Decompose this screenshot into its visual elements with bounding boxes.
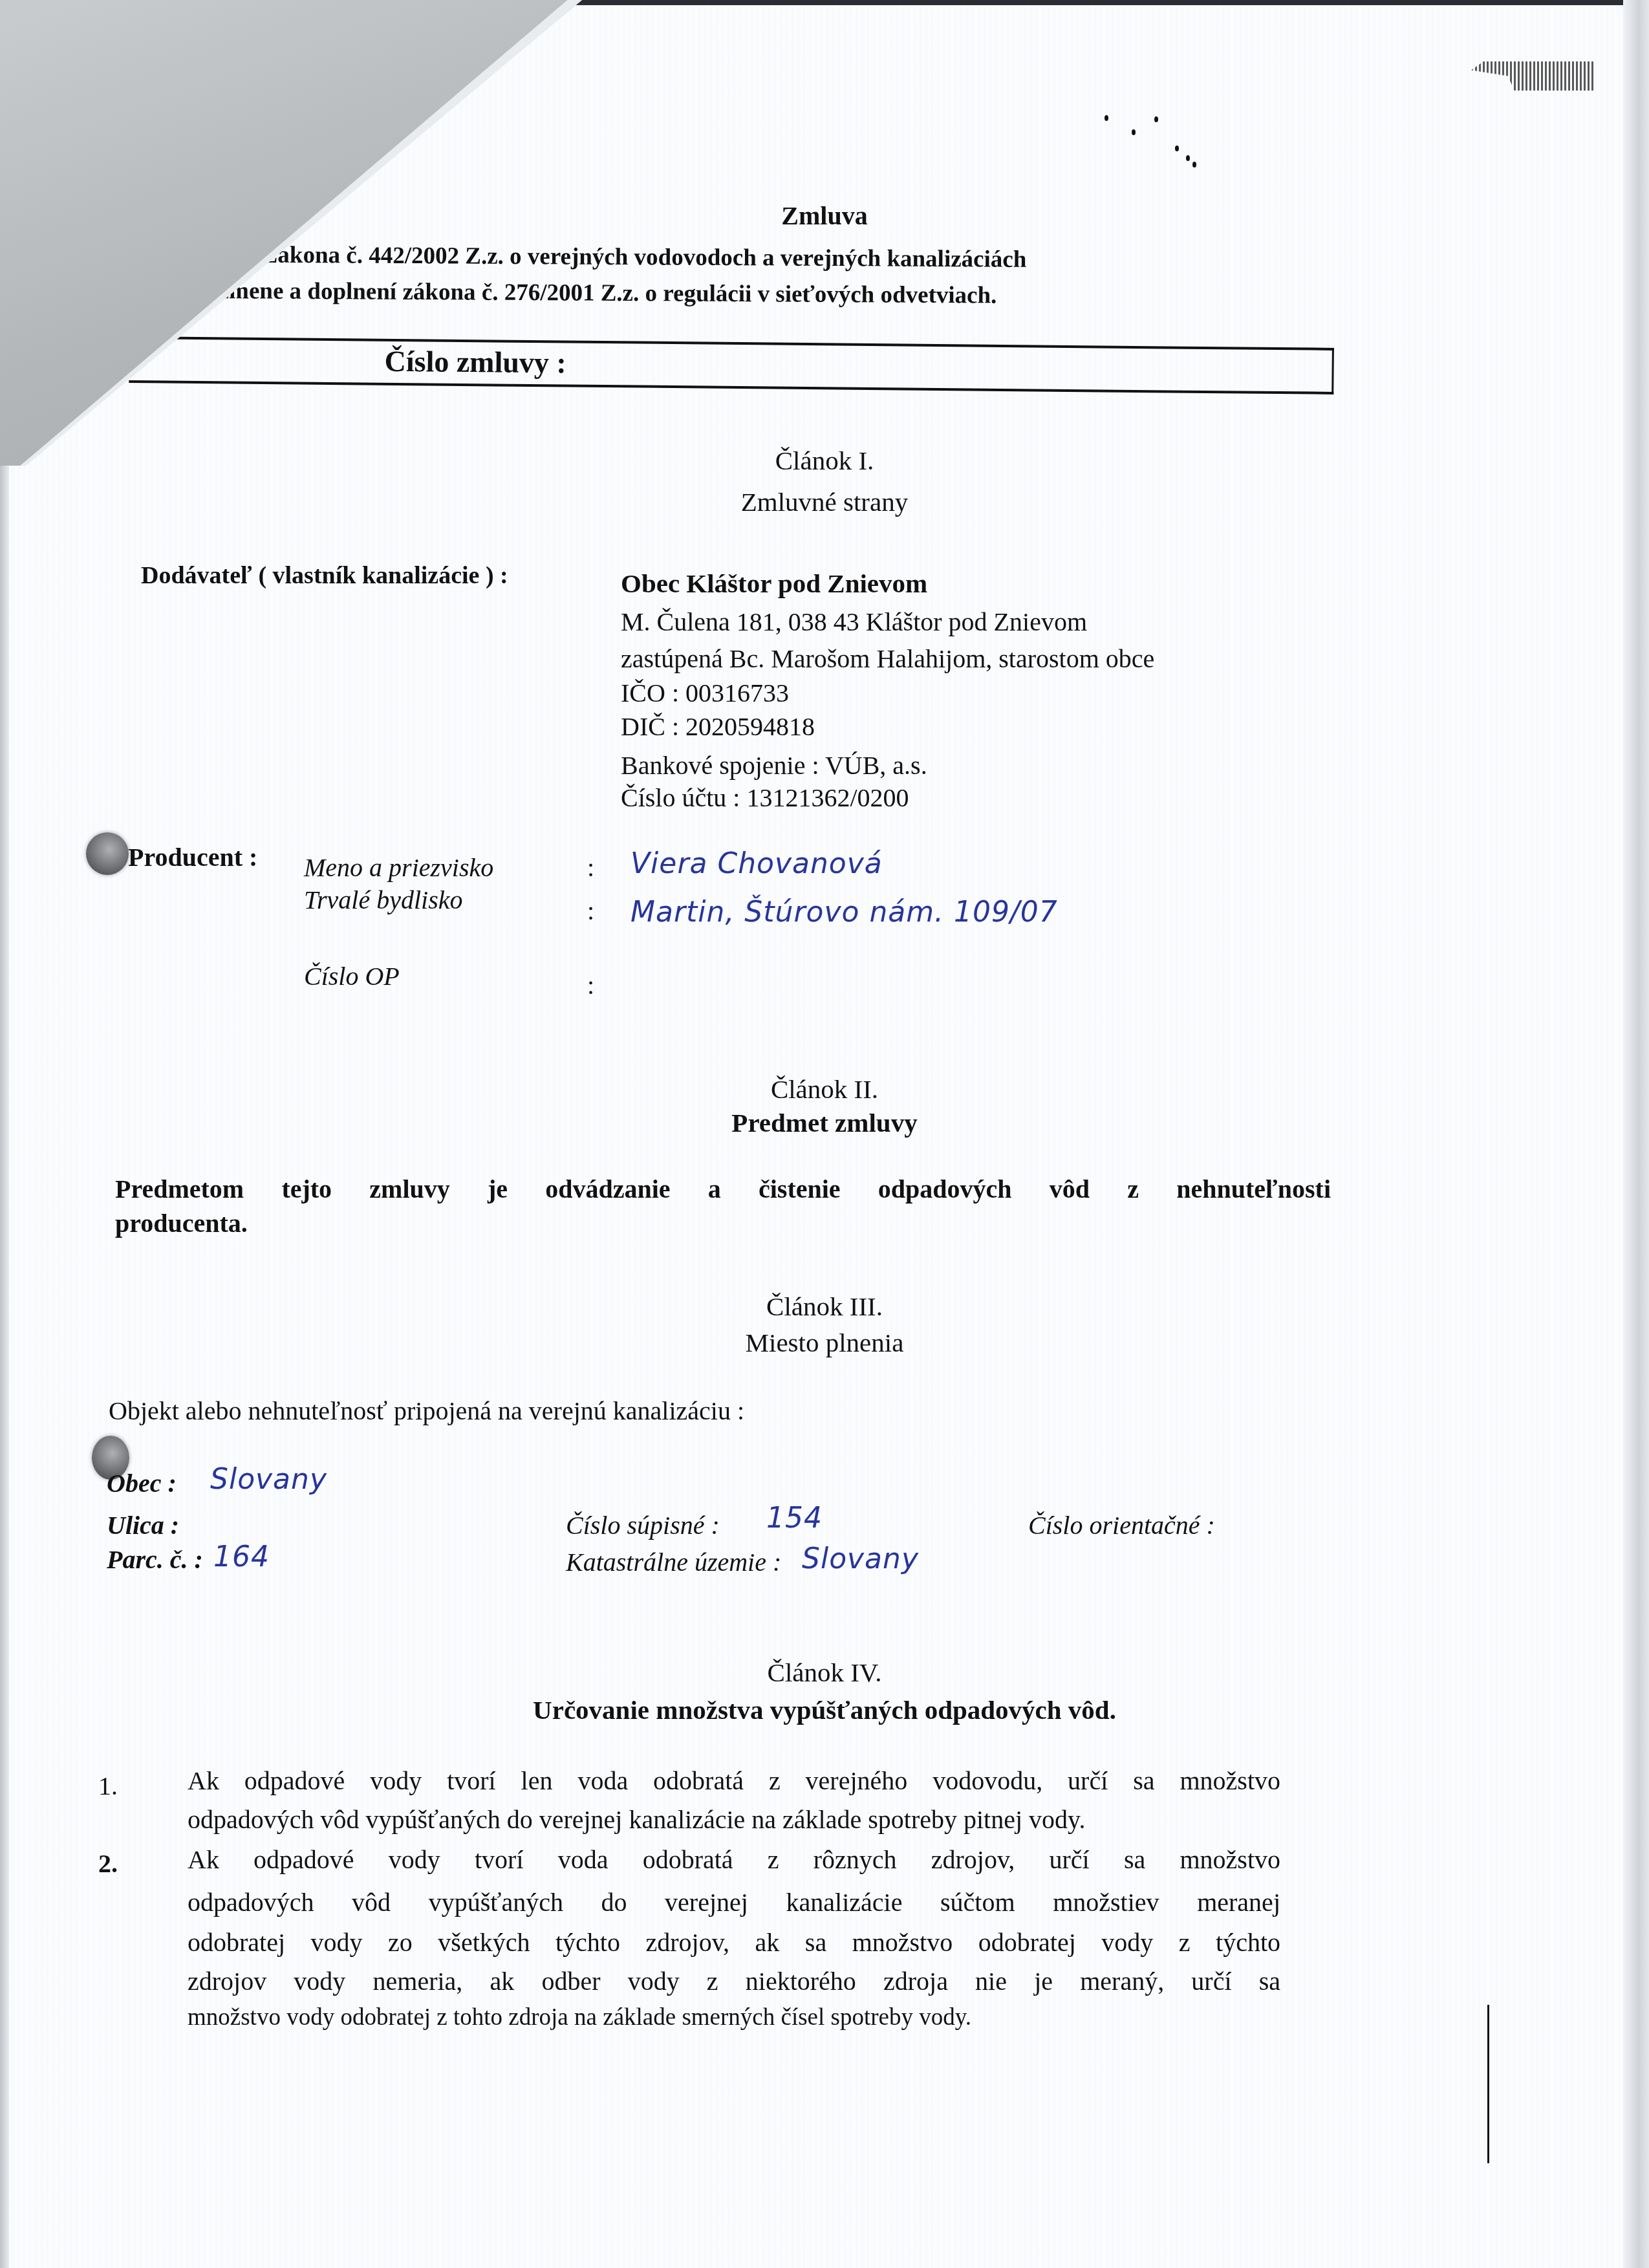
orientacne-label: Číslo orientačné : <box>1028 1510 1215 1540</box>
article-3-heading: Článok III. <box>0 1291 1649 1322</box>
contract-number-label: Číslo zmluvy : <box>384 344 566 380</box>
supplier-address: M. Čulena 181, 038 43 Kláštor pod Znievo… <box>621 607 1087 637</box>
margin-rule <box>1487 2005 1489 2163</box>
article-3-intro: Objekt alebo nehnuteľnosť pripojená na v… <box>109 1396 744 1426</box>
producer-name-label: Meno a priezvisko <box>304 852 493 883</box>
scanned-page: Zmluva podľa Zákona č. 442/2002 Z.z. o v… <box>0 0 1649 2268</box>
law-reference-line-2: o zmene a doplnení zákona č. 276/2001 Z.… <box>200 277 997 310</box>
speck <box>1154 116 1158 122</box>
supplier-ico: IČO : 00316733 <box>621 678 789 708</box>
item-2-line-1: Ak odpadové vody tvorí voda odobratá z r… <box>188 1844 1280 1875</box>
producer-residence-sep: : <box>587 896 594 926</box>
supplier-representative: zastúpená Bc. Marošom Halahijom, starost… <box>621 643 1154 674</box>
speck <box>1186 155 1190 161</box>
supplier-name: Obec Kláštor pod Znievom <box>621 568 927 599</box>
producer-label: Producent : <box>128 842 257 872</box>
article-4-heading: Článok IV. <box>0 1657 1649 1688</box>
supplier-bank: Bankové spojenie : VÚB, a.s. <box>621 750 927 781</box>
producer-residence-label: Trvalé bydlisko <box>304 885 463 915</box>
scanner-edge-left <box>0 453 9 2268</box>
article-4-subheading: Určovanie množstva vypúšťaných odpadovýc… <box>0 1694 1649 1725</box>
supisne-value[interactable]: 154 <box>766 1502 823 1535</box>
parc-value[interactable]: 164 <box>213 1540 270 1573</box>
speck <box>1132 129 1136 135</box>
article-3-subheading: Miesto plnenia <box>0 1327 1649 1358</box>
item-2-line-5: množstvo vody odobratej z tohto zdroja n… <box>188 2003 971 2031</box>
producer-name-sep: : <box>587 852 594 883</box>
producer-id-label: Číslo OP <box>304 961 400 991</box>
item-2-line-4: zdrojov vody nemeria, ak odber vody z ni… <box>188 1966 1280 1996</box>
article-2-text-line-2: producenta. <box>115 1208 248 1238</box>
obec-value[interactable]: Slovany <box>210 1463 327 1496</box>
punch-hole <box>86 832 129 875</box>
item-2-number: 2. <box>98 1848 118 1879</box>
parc-label: Parc. č. : <box>107 1544 203 1575</box>
producer-residence-value[interactable]: Martin, Štúrovo nám. 109/07 <box>630 896 1058 929</box>
obec-label: Obec : <box>107 1468 177 1498</box>
katastralne-value[interactable]: Slovany <box>802 1542 919 1575</box>
item-2-line-3: odobratej vody zo všetkých týchto zdrojo… <box>188 1927 1280 1958</box>
scan-smudge <box>1471 61 1594 91</box>
article-2-text-line-1: Predmetom tejto zmluvy je odvádzanie a č… <box>115 1174 1331 1204</box>
supplier-label: Dodávateľ ( vlastník kanalizácie ) : <box>141 561 508 590</box>
speck <box>1192 162 1196 167</box>
contract-number-box: Číslo zmluvy : <box>129 336 1334 394</box>
supisne-label: Číslo súpisné : <box>566 1510 720 1540</box>
supplier-dic: DIČ : 2020594818 <box>621 711 815 742</box>
speck <box>1105 115 1108 121</box>
article-1-heading: Článok I. <box>0 445 1649 476</box>
speck <box>1175 146 1179 151</box>
producer-name-value[interactable]: Viera Chovanová <box>630 847 883 880</box>
ulica-label: Ulica : <box>107 1510 179 1540</box>
item-1-line-1: Ak odpadové vody tvorí len voda odobratá… <box>188 1766 1280 1796</box>
article-2-subheading: Predmet zmluvy <box>0 1107 1649 1138</box>
supplier-account: Číslo účtu : 13121362/0200 <box>621 783 909 813</box>
item-1-line-2: odpadových vôd vypúšťaných do verejnej k… <box>188 1804 1085 1835</box>
article-1-subheading: Zmluvné strany <box>0 486 1649 517</box>
item-2-line-2: odpadových vôd vypúšťaných do verejnej k… <box>188 1887 1280 1917</box>
article-2-heading: Článok II. <box>0 1074 1649 1105</box>
katastralne-label: Katastrálne územie : <box>566 1547 781 1577</box>
producer-id-sep: : <box>587 970 594 1000</box>
item-1-number: 1. <box>98 1771 118 1801</box>
law-reference-line-1: podľa Zákona č. 442/2002 Z.z. o verejnýc… <box>194 241 1027 274</box>
